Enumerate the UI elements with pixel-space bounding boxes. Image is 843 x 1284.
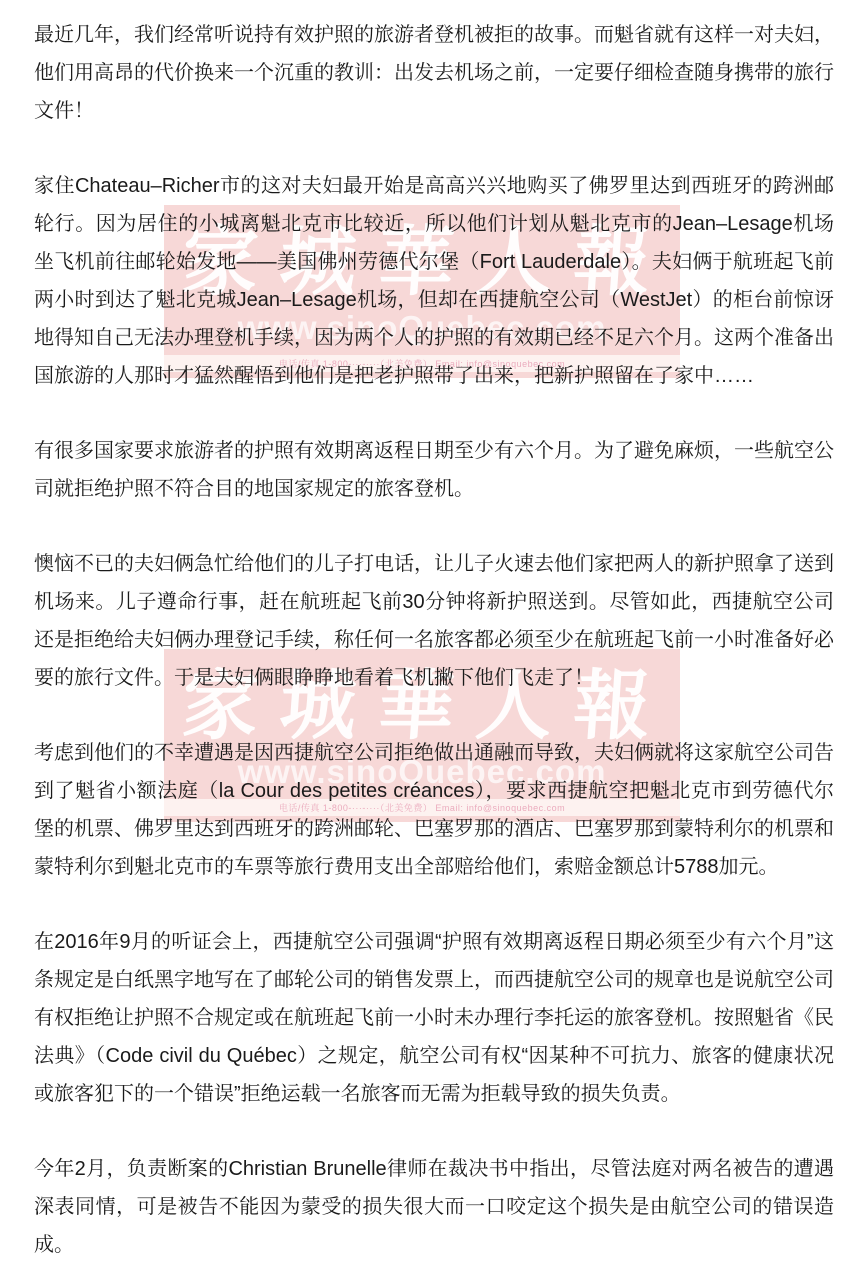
article-paragraph-3: 有很多国家要求旅游者的护照有效期离返程日期至少有六个月。为了避免麻烦，一些航空公…	[34, 432, 834, 508]
article-paragraph-5: 考虑到他们的不幸遭遇是因西捷航空公司拒绝做出通融而导致，夫妇俩就将这家航空公司告…	[34, 734, 834, 886]
article-paragraph-7: 今年2月，负责断案的Christian Brunelle律师在裁决书中指出，尽管…	[34, 1150, 834, 1264]
article-paragraph-1: 最近几年，我们经常听说持有效护照的旅游者登机被拒的故事。而魁省就有这样一对夫妇，…	[34, 16, 834, 130]
article-paragraph-6: 在2016年9月的听证会上，西捷航空公司强调“护照有效期离返程日期必须至少有六个…	[34, 923, 834, 1113]
article-body: 最近几年，我们经常听说持有效护照的旅游者登机被拒的故事。而魁省就有这样一对夫妇，…	[0, 0, 843, 1284]
article-paragraph-4: 懊恼不已的夫妇俩急忙给他们的儿子打电话，让儿子火速去他们家把两人的新护照拿了送到…	[34, 545, 834, 697]
article-paragraph-2: 家住Chateau–Richer市的这对夫妇最开始是高高兴兴地购买了佛罗里达到西…	[34, 167, 834, 395]
